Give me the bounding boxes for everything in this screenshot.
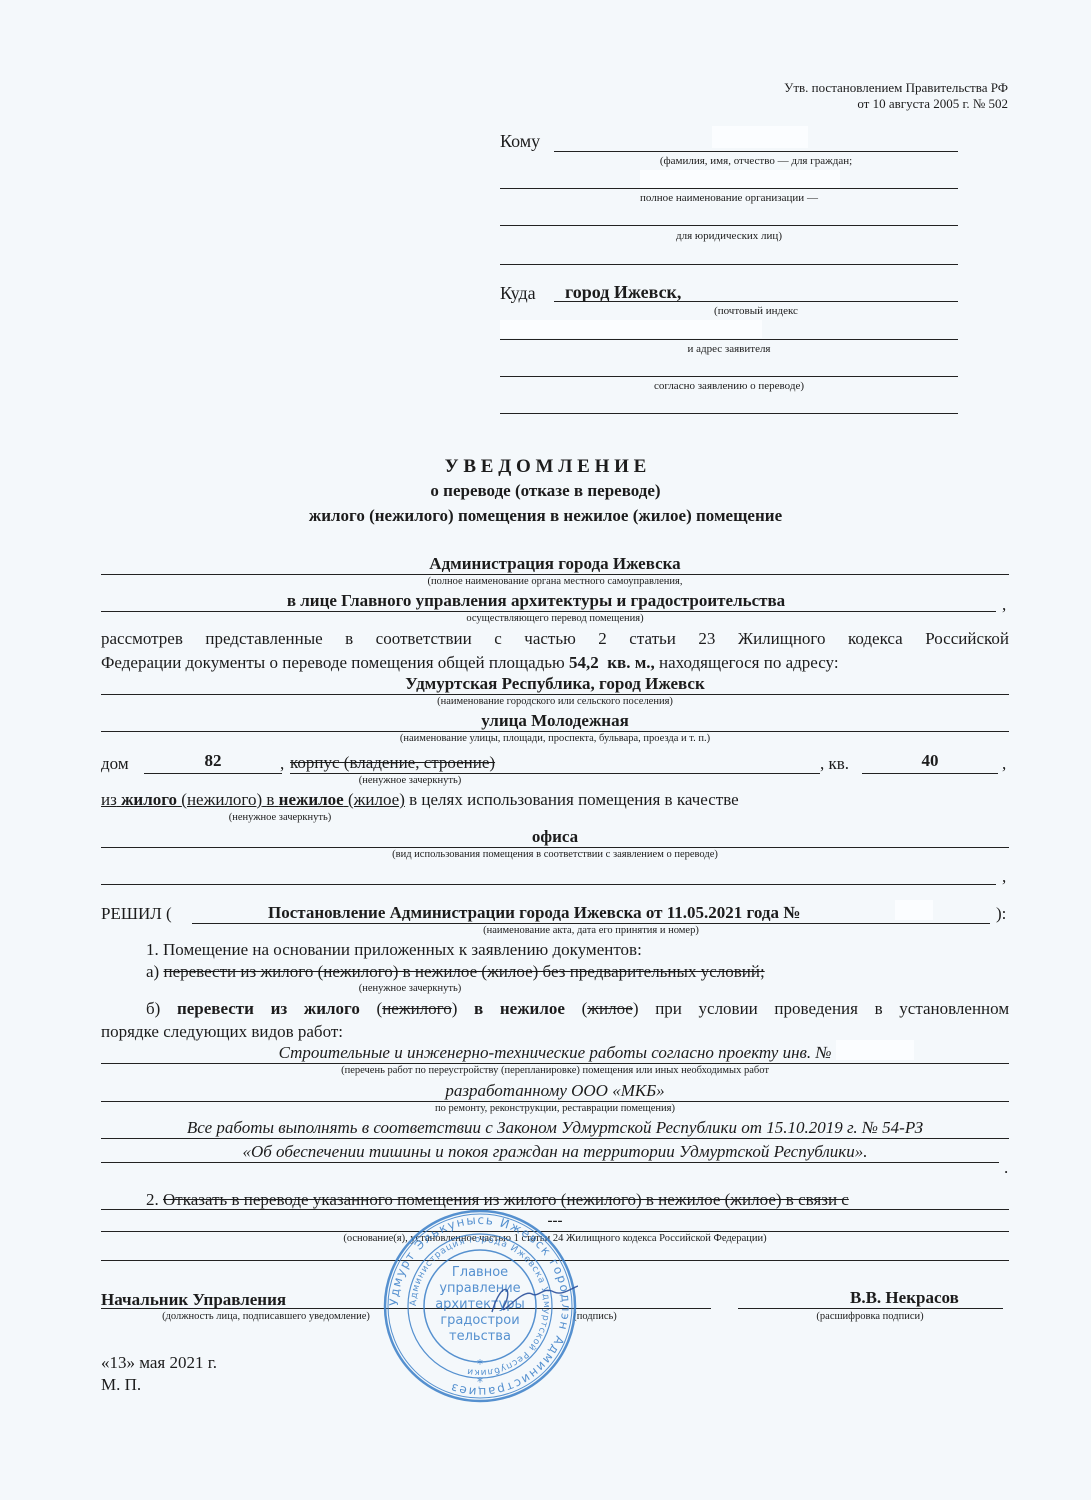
item-a-struck: перевести из жилого (нежилого) в нежилое… — [163, 962, 764, 981]
item-a-label: а) — [146, 962, 159, 981]
redacted-area — [712, 126, 808, 148]
period: . — [1004, 1158, 1008, 1178]
works-line-3 — [101, 1138, 1009, 1139]
authority-name[interactable]: Администрация города Ижевска — [101, 554, 1009, 574]
authority-caption: (полное наименование органа местного сам… — [101, 576, 1009, 587]
svg-text:*: * — [477, 1357, 483, 1371]
works-field-4[interactable]: «Об обеспечении тишины и покоя граждан н… — [101, 1142, 1009, 1162]
comma: , — [1002, 867, 1006, 887]
official-stamp: Удмурт Элькунысь Ижевск городлэн Админис… — [382, 1208, 578, 1404]
conversion-line: из жилого (нежилого) в нежилое (жилое) в… — [101, 790, 739, 810]
document-date: «13» мая 2021 г. — [101, 1353, 217, 1373]
item-b-struck: нежилого — [382, 999, 452, 1018]
strike-caption: (ненужное зачеркнуть) — [340, 983, 480, 994]
signer-name: В.В. Некрасов — [850, 1288, 959, 1308]
authority-department-caption: осуществляющего перевод помещения) — [101, 613, 1009, 624]
redacted-area — [836, 1040, 914, 1060]
svg-text:тельства: тельства — [449, 1329, 511, 1344]
item-b-word: перевести — [177, 999, 254, 1018]
where-field[interactable]: город Ижевск, — [565, 282, 681, 303]
item-b-struck: жилое — [587, 999, 633, 1018]
to-line-4 — [500, 264, 958, 265]
decision-item-2: 2. Отказать в переводе указанного помеще… — [146, 1190, 849, 1210]
svg-text:*: * — [477, 1375, 483, 1389]
apartment-field[interactable]: 40 — [862, 751, 998, 771]
settlement-field[interactable]: Удмуртская Республика, город Ижевск — [101, 674, 1009, 694]
comma: , — [1002, 754, 1006, 774]
approval-line-2: от 10 августа 2005 г. № 502 — [784, 96, 1008, 112]
to-line-3 — [500, 225, 958, 226]
area-unit: кв. м., — [607, 653, 655, 672]
usage-caption: (вид использования помещения в соответст… — [101, 849, 1009, 860]
item-2-struck: Отказать в переводе указанного помещения… — [163, 1190, 849, 1209]
item-2-label: 2. — [146, 1190, 159, 1209]
svg-text:архитектуры: архитектуры — [435, 1297, 525, 1312]
decision-act-caption: (наименование акта, дата его принятия и … — [192, 925, 990, 936]
decision-item-a: а) перевести из жилого (нежилого) в нежи… — [146, 962, 765, 982]
document-subtitle-1: о переводе (отказе в переводе) — [0, 481, 1091, 501]
house-line — [144, 773, 282, 774]
apartment-line — [862, 773, 998, 774]
usage-line-2 — [101, 884, 996, 885]
from-prefix: из — [101, 790, 117, 809]
item-b-word: из — [271, 999, 288, 1018]
works-caption-2: по ремонту, реконструкции, реставрации п… — [101, 1103, 1009, 1114]
redacted-area — [895, 900, 933, 920]
item-b-word: нежилое — [500, 999, 565, 1018]
building-struck: корпус (владение, строение) — [290, 753, 495, 773]
where-label: Куда — [500, 283, 536, 304]
where-line-3 — [500, 376, 958, 377]
decision-close: ): — [996, 904, 1006, 924]
to-line-2 — [500, 188, 958, 189]
building-line — [290, 773, 820, 774]
where-caption-1: (почтовый индекс — [554, 305, 958, 317]
approval-line-1: Утв. постановлением Правительства РФ — [784, 80, 1008, 96]
decision-item-b: б) перевести из жилого (нежилого) в нежи… — [101, 999, 1009, 1019]
redacted-area — [500, 320, 762, 338]
where-line-2 — [500, 339, 958, 340]
approval-note: Утв. постановлением Правительства РФ от … — [784, 80, 1008, 112]
paragraph-text-end: находящегося по адресу: — [659, 653, 839, 672]
authority-department-line — [101, 611, 996, 612]
svg-text:управление: управление — [439, 1281, 520, 1296]
svg-text:градострои: градострои — [440, 1313, 519, 1328]
house-field[interactable]: 82 — [144, 751, 282, 771]
area-value[interactable]: 54,2 — [569, 653, 599, 672]
where-caption-3: согласно заявлению о переводе) — [500, 380, 958, 392]
decision-act-field[interactable]: Постановление Администрации города Ижевс… — [268, 903, 800, 923]
item-b-rest: при условии проведения в установленном — [655, 999, 1009, 1018]
settlement-line — [101, 694, 1009, 695]
signer-name-caption: (расшифровка подписи) — [770, 1311, 970, 1322]
to-caption-2: полное наименование организации — — [500, 192, 958, 204]
decision-item-b-line-2: порядке следующих видов работ: — [101, 1022, 343, 1042]
document-subtitle-2: жилого (нежилого) помещения в нежилое (ж… — [0, 506, 1091, 526]
to-label: Кому — [500, 131, 540, 152]
purpose-text: в целях использования помещения в качест… — [409, 790, 739, 809]
to-field-line — [554, 151, 958, 152]
signer-name-line — [738, 1308, 1003, 1309]
redacted-area — [640, 170, 840, 188]
street-field[interactable]: улица Молодежная — [101, 711, 1009, 731]
usage-line — [101, 847, 1009, 848]
paragraph-text: Федерации документы о переводе помещения… — [101, 653, 565, 672]
from-kept: жилого — [121, 790, 177, 809]
where-line-4 — [500, 413, 958, 414]
strike-caption: (ненужное зачеркнуть) — [160, 812, 400, 823]
settlement-caption: (наименование городского или сельского п… — [101, 696, 1009, 707]
works-field-2[interactable]: разработанному ООО «МКБ» — [101, 1081, 1009, 1101]
works-line-4 — [101, 1162, 999, 1163]
works-line-1 — [101, 1063, 1009, 1064]
to-struck: (жилое) — [348, 790, 405, 809]
item-b-label: б) — [101, 999, 160, 1018]
document-title: У В Е Д О М Л Е Н И Е — [0, 456, 1091, 478]
item-b-word: жилого — [304, 999, 360, 1018]
to-caption-3: для юридических лиц) — [500, 230, 958, 242]
from-struck: (нежилого) — [181, 790, 262, 809]
works-caption-1: (перечень работ по переустройству (переп… — [101, 1065, 1009, 1076]
to-kept: нежилое — [279, 790, 344, 809]
decision-item-1: 1. Помещение на основании приложенных к … — [146, 940, 642, 960]
authority-line — [101, 574, 1009, 575]
usage-field[interactable]: офиса — [101, 827, 1009, 847]
decision-label: РЕШИЛ ( — [101, 904, 172, 924]
street-caption: (наименование улицы, площади, проспекта,… — [101, 733, 1009, 744]
works-line-2 — [101, 1101, 1009, 1102]
svg-text:Главное: Главное — [452, 1265, 508, 1280]
decision-act-line — [192, 923, 990, 924]
where-caption-2: и адрес заявителя — [500, 343, 958, 355]
seal-place: М. П. — [101, 1375, 141, 1395]
apartment-label: , кв. — [820, 754, 849, 774]
strike-caption: (ненужное зачеркнуть) — [290, 775, 530, 786]
authority-department[interactable]: в лице Главного управления архитектуры и… — [101, 591, 971, 611]
comma: , — [1002, 595, 1006, 615]
paragraph-line-1: рассмотрев представленные в соответствии… — [101, 629, 1009, 649]
item-b-word: в — [474, 999, 483, 1018]
works-field-3[interactable]: Все работы выполнять в соответствии с За… — [101, 1118, 1009, 1138]
comma: , — [280, 754, 284, 774]
house-label: дом — [101, 754, 129, 774]
to-caption-1: (фамилия, имя, отчество — для граждан; — [554, 155, 958, 167]
paragraph-line-2: Федерации документы о переводе помещения… — [101, 653, 839, 673]
signer-position: Начальник Управления — [101, 1290, 286, 1310]
street-line — [101, 731, 1009, 732]
